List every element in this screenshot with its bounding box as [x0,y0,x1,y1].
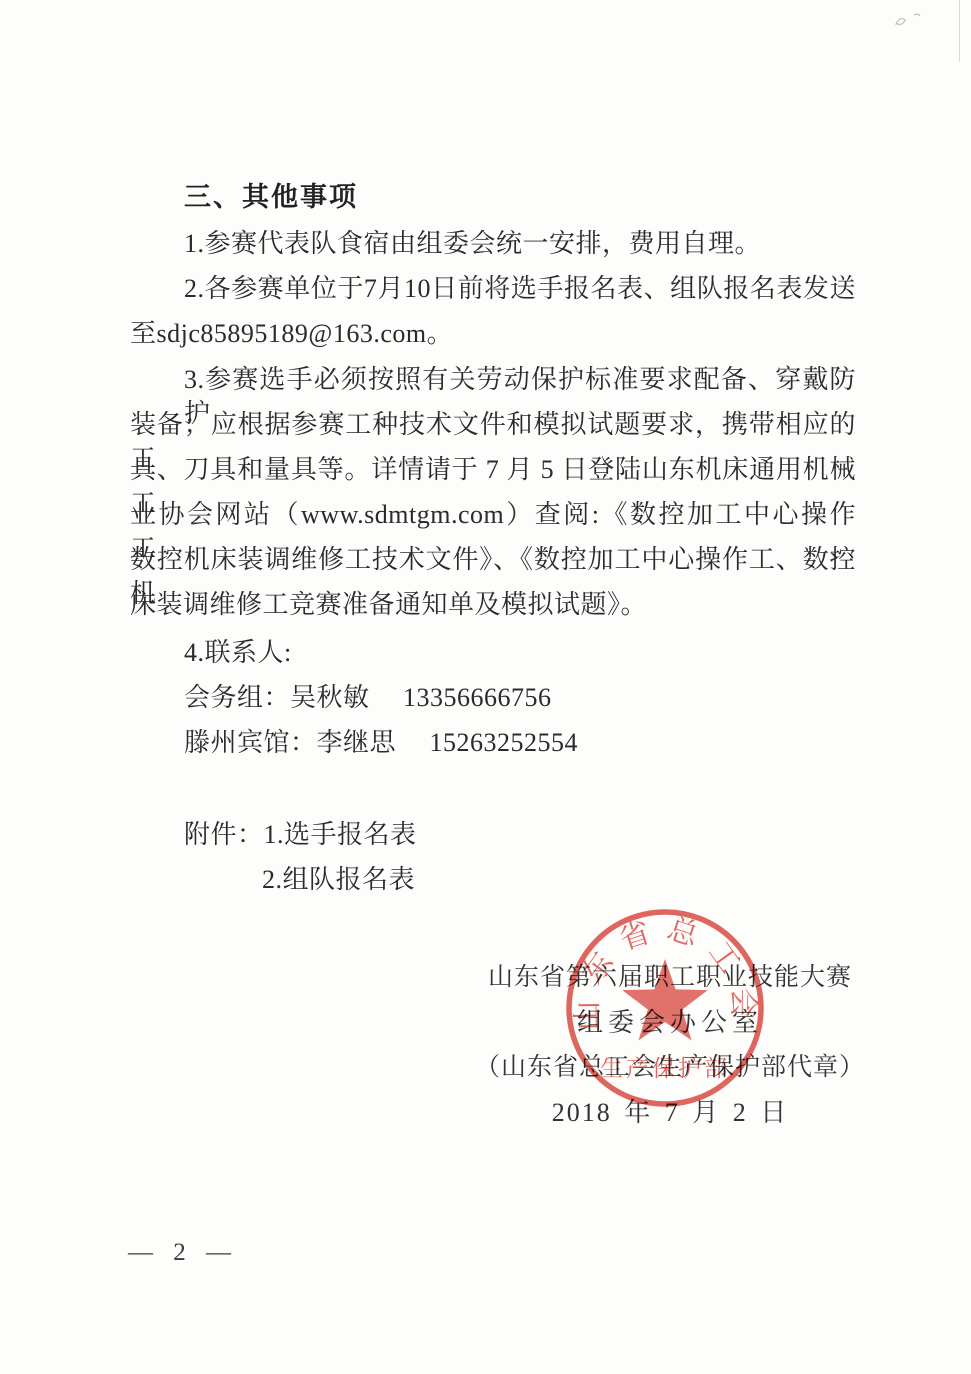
scan-artifact-mark [890,8,930,34]
attachment-line-2: 2.组队报名表 [262,863,415,897]
body-line: 4.联系人: [130,636,856,670]
page-number: — 2 — [128,1238,233,1268]
official-seal: 山东省总工会 生产保护部 [561,908,773,1112]
body-line: 2.各参赛单位于7月10日前将选手报名表、组队报名表发送 [130,272,856,306]
document-page: 三、其他事项 1.参赛代表队食宿由组委会统一安排，费用自理。 2.各参赛单位于7… [0,0,971,1374]
seal-bottom-text: 生产保护部 [600,1056,730,1081]
body-line: 1.参赛代表队食宿由组委会统一安排，费用自理。 [130,227,856,261]
seal-star-icon [622,959,708,1040]
attachment-line-1: 附件：1.选手报名表 [184,818,417,852]
body-line: 至sdjc85895189@163.com。 [130,317,856,351]
body-line: 床装调维修工竞赛准备通知单及模拟试题》。 [130,588,856,622]
scan-edge-line [959,0,960,62]
body-line: 滕州宾馆：李继思 15263252554 [130,726,856,760]
section-heading: 三、其他事项 [184,180,358,214]
body-line: 会务组：吴秋敏 13356666756 [130,681,856,715]
